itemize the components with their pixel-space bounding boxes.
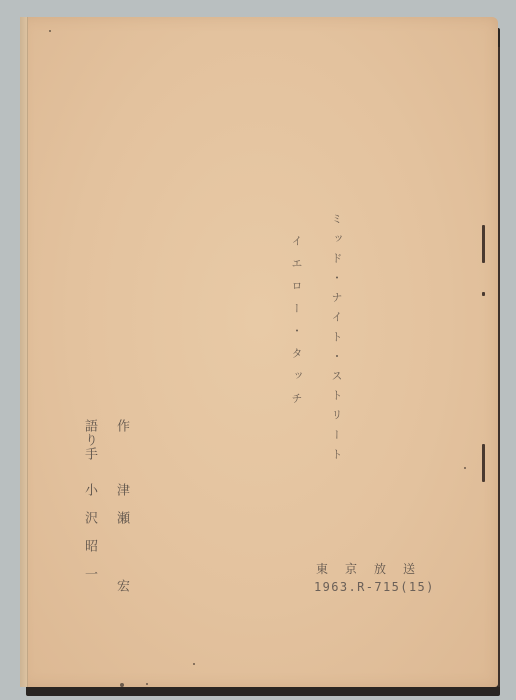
paper-speck bbox=[120, 683, 124, 687]
staple-bottom bbox=[482, 444, 485, 482]
catalog-code: 1963.R-715(15) bbox=[314, 580, 435, 594]
staple-middle bbox=[482, 292, 485, 296]
paper-speck bbox=[464, 467, 466, 469]
narrator-role-label: 語り手 bbox=[80, 419, 99, 461]
paper-speck bbox=[49, 30, 51, 32]
publisher-name: 東京放送 bbox=[316, 560, 432, 577]
paper-speck bbox=[193, 663, 195, 665]
page-edge bbox=[498, 47, 500, 687]
binding-spine bbox=[20, 17, 28, 687]
staple-top bbox=[482, 225, 485, 263]
narrator-name: 小沢昭一 bbox=[80, 483, 99, 595]
author-surname: 津瀬 bbox=[112, 483, 131, 539]
author-role-label: 作 bbox=[112, 419, 131, 432]
author-given-name: 宏 bbox=[112, 579, 131, 592]
paper-speck bbox=[146, 683, 148, 685]
series-title: ミッド・ナイト・ストリート bbox=[328, 213, 344, 468]
script-cover-page: ミッド・ナイト・ストリート イエロー・タッチ 語り手 小沢昭一 作 津瀬 宏 東… bbox=[20, 17, 498, 687]
episode-title: イエロー・タッチ bbox=[288, 235, 304, 415]
